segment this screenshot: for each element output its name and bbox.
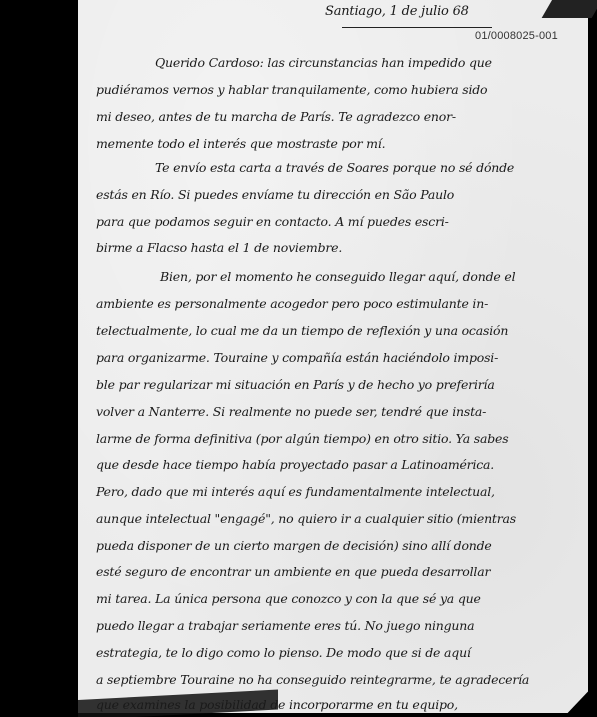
letter-line: mi deseo, antes de tu marcha de París. T… (96, 109, 456, 125)
scan-corner-shadow (542, 0, 597, 18)
letter-line: puedo llegar a trabajar seriamente eres … (96, 618, 474, 634)
letter-line: Bien, por el momento he conseguido llega… (160, 269, 515, 285)
letter-line: mi tarea. La única persona que conozco y… (96, 591, 481, 607)
letter-line: Te envío esta carta a través de Soares p… (155, 160, 514, 176)
letter-line: ambiente es personalmente acogedor pero … (96, 296, 488, 312)
letter-line: ble par regularizar mi situación en Parí… (96, 377, 495, 393)
letter-line: pudiéramos vernos y hablar tranquilament… (96, 82, 487, 98)
letter-line: Pero, dado que mi interés aquí es fundam… (96, 484, 495, 500)
letter-line: aunque intelectual "engagé", no quiero i… (96, 511, 516, 527)
letter-line: para organizarme. Touraine y compañía es… (96, 350, 498, 366)
letter-line: Querido Cardoso: las circunstancias han … (155, 55, 492, 71)
letter-line: volver a Nanterre. Si realmente no puede… (96, 404, 486, 420)
letter-line: larme de forma definitiva (por algún tie… (96, 431, 508, 447)
letter-line: memente todo el interés que mostraste po… (96, 136, 385, 152)
letter-line: telectualmente, lo cual me da un tiempo … (96, 323, 508, 339)
letter-line: estás en Río. Si puedes envíame tu direc… (96, 187, 454, 203)
letter-place-date: Santiago, 1 de julio 68 (325, 4, 469, 19)
archive-code: 01/0008025-001 (475, 30, 558, 42)
letter-line: para que podamos seguir en contacto. A m… (96, 214, 449, 230)
header-rule (342, 27, 492, 28)
letter-line: esté seguro de encontrar un ambiente en … (96, 564, 490, 580)
letter-line: que examines la posibilidad de incorpora… (96, 697, 458, 713)
letter-line: a septiembre Touraine no ha conseguido r… (96, 672, 529, 688)
letter-line: estrategia, te lo digo como lo pienso. D… (96, 645, 471, 661)
letter-line: pueda disponer de un cierto margen de de… (96, 538, 492, 554)
letter-line: que desde hace tiempo había proyectado p… (96, 457, 494, 473)
letter-line: birme a Flacso hasta el 1 de noviembre. (96, 240, 342, 256)
